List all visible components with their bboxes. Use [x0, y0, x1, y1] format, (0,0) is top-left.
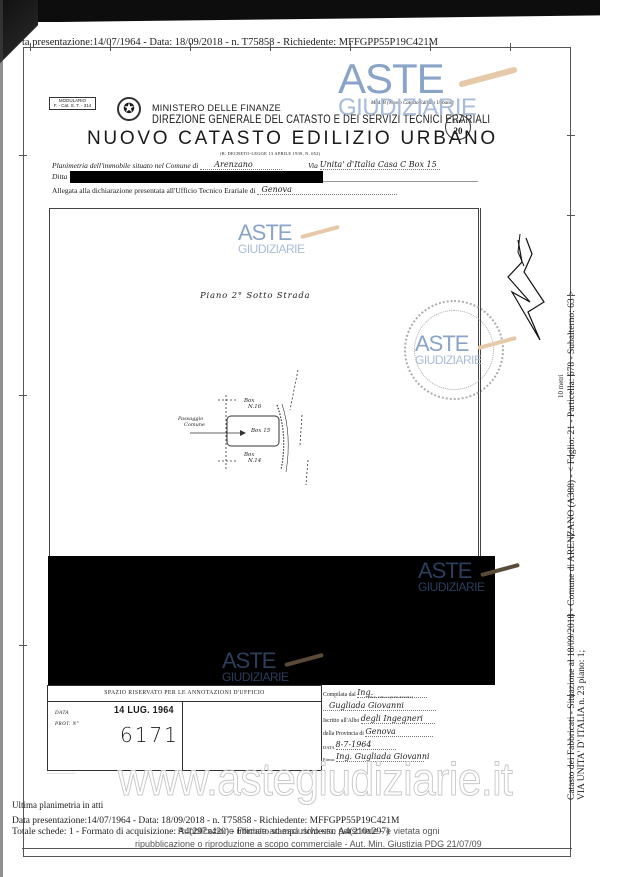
via-field: Unita' d'Italia Casa C Box 15 — [320, 160, 440, 170]
form-title: NUOVO CATASTO EDILIZIO URBANO — [87, 128, 498, 150]
ditta-row: Ditta — [52, 172, 67, 181]
drawing-right-border — [480, 208, 481, 558]
frame-tick — [19, 645, 27, 646]
albo-field: degli Ingegneri — [361, 714, 435, 724]
last-plan-note: Ultima planimetria in atti — [12, 800, 103, 810]
name-field: Gugliada Giovanni — [323, 701, 436, 711]
footer-presentation-line: Data presentazione:14/07/1964 - Data: 18… — [12, 816, 399, 826]
label-box-bottom: BoxN.14 — [244, 452, 261, 464]
direction-name: DIREZIONE GENERALE DEL CATASTO E DEI SER… — [152, 113, 490, 127]
prot-label: PROT. N° — [55, 722, 79, 727]
label-passaggio: PassaggioComune — [178, 416, 205, 428]
ufficio-value: Genova — [257, 185, 291, 194]
floor-title: Piano 2° Sotto Strada — [200, 291, 310, 301]
ministry-name: MINISTERO DELLE FINANZE — [152, 103, 281, 113]
scale-label: 10 metri — [557, 374, 565, 398]
comune-field: Arenzano — [200, 160, 282, 170]
protocol-number: 6171 — [120, 723, 179, 747]
provincia-label: della Provincia di — [323, 731, 364, 737]
publication-notice-line1: Pubblicazione ufficiale ad esclusivo uso… — [178, 826, 440, 836]
compilata-date-label: DATA — [323, 745, 334, 750]
via-value: Unita' d'Italia Casa C Box 15 — [320, 160, 437, 169]
planimetria-label: Planimetria dell'immobile situato nel Co… — [52, 161, 198, 170]
office-annotations-title: SPAZIO RISERVATO PER LE ANNOTAZIONI D'UF… — [47, 685, 322, 702]
frame-tick — [567, 135, 575, 136]
frame-tick — [270, 43, 271, 51]
frame-tick — [350, 43, 351, 51]
lire-label: Lire — [453, 119, 463, 125]
ufficio-field: Genova — [257, 185, 397, 195]
compilata-label: Compilata dal — [323, 692, 356, 698]
website-watermark: www.astegiudiziarie.it — [118, 752, 512, 806]
via-label: Via — [308, 161, 318, 170]
ditta-label: Ditta — [52, 172, 67, 181]
allegata-label: Allegata alla dichiarazione presentata a… — [52, 186, 256, 195]
frame-bottom-line — [22, 848, 572, 849]
location-row: Planimetria dell'immobile situato nel Co… — [52, 160, 440, 170]
frame-tick — [30, 43, 31, 51]
compilata-date-value: 8-7-1964 — [336, 740, 372, 749]
name-value: Gugliada Giovanni — [323, 701, 404, 710]
floor-plan-drawing — [180, 360, 320, 500]
frame-tick — [567, 215, 575, 216]
frame-tick — [510, 43, 511, 51]
scan-shadow-top — [0, 0, 600, 22]
compilata-date-field: 8-7-1964 — [336, 740, 396, 750]
albo-value: degli Ingegneri — [361, 714, 423, 723]
provincia-row: della Provincia di Genova — [323, 727, 433, 737]
model-reference: Mod. B (Nuovo Catasto Edilizio Urbano) — [371, 101, 454, 106]
form-print-note: ....................................... — [47, 771, 76, 775]
provincia-field: Genova — [365, 727, 433, 737]
iscritto-label: Iscritto all'Albo — [323, 718, 359, 724]
cadastral-side-address: VIA UNITA' D' ITALIA n. 23 piano: 1; — [577, 650, 587, 800]
redacted-block — [48, 556, 495, 685]
allegata-row: Allegata alla dichiarazione presentata a… — [52, 185, 397, 195]
label-box-center: Box 15 — [251, 428, 270, 434]
albo-row: Iscritto all'Albo degli Ingegneri — [323, 714, 435, 724]
date-row: DATA 8-7-1964 — [323, 740, 396, 750]
received-date-stamp: 14 LUG. 1964 — [114, 705, 174, 716]
republic-emblem-icon: ✪ — [117, 97, 141, 121]
scan-edge-left — [0, 0, 3, 877]
decree-reference: (R. DECRETO-LEGGE 13 APRILE 1939, N. 652… — [220, 151, 320, 156]
frame-tick — [19, 155, 27, 156]
signature-scribble — [500, 232, 550, 347]
ditta-dotline — [323, 181, 478, 182]
frame-tick — [110, 43, 111, 51]
modulario-box: MODULARIO F. - Cat. S. T. - 314 — [49, 97, 96, 110]
data-label: DATA — [55, 711, 69, 716]
redacted-owner — [70, 171, 323, 183]
frame-tick — [430, 43, 431, 51]
comune-value: Arenzano — [200, 160, 252, 169]
name-row: Gugliada Giovanni — [323, 701, 436, 711]
modulario-code: F. - Cat. S. T. - 314 — [50, 103, 95, 108]
cadastral-side-info: Catasto dei Fabbricati - Situazione al 1… — [567, 291, 577, 800]
provincia-value: Genova — [365, 727, 395, 736]
frame-tick — [19, 395, 27, 396]
compilata-hint: (Titolo, nome e cognome del tecnico) — [368, 695, 413, 699]
frame-tick — [190, 43, 191, 51]
label-box-top: BoxN.16 — [244, 398, 261, 410]
official-seal-inner — [414, 310, 494, 390]
